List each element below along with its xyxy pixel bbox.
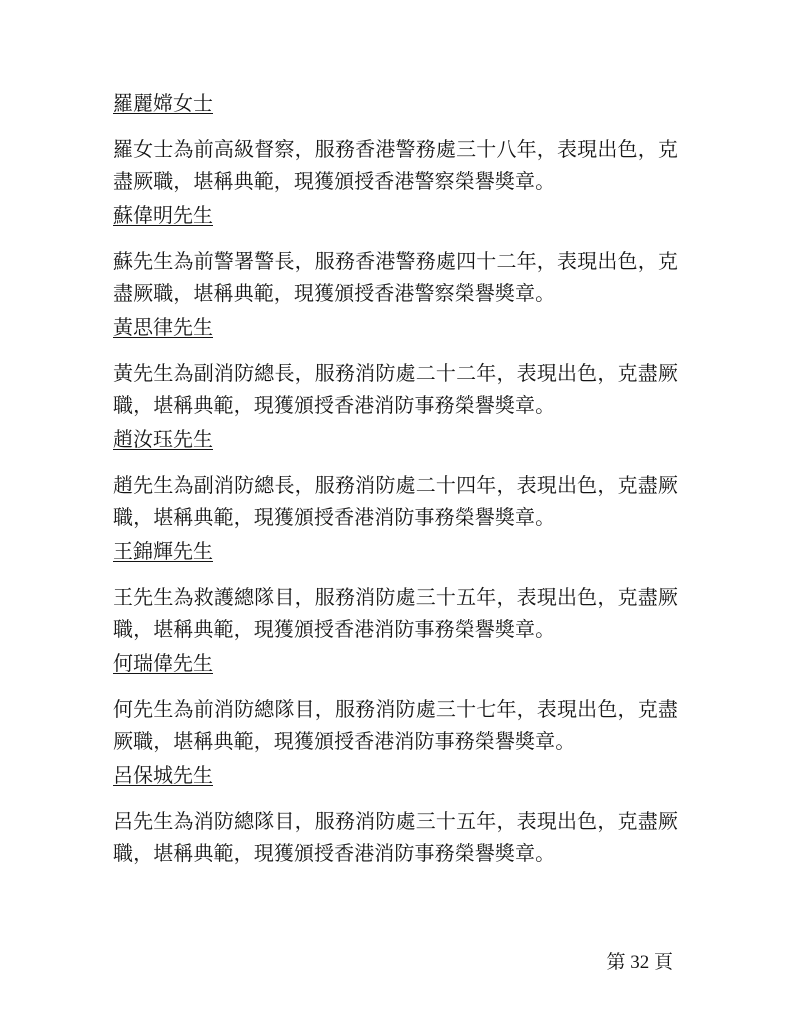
honouree-name: 趙汝珏先生 (113, 429, 213, 451)
honouree-citation: 呂先生為消防總隊目，服務消防處三十五年，表現出色，克盡厥職，堪稱典範，現獲頒授香… (113, 806, 678, 870)
honouree-citation: 蘇先生為前警署警長，服務香港警務處四十二年，表現出色，克盡厥職，堪稱典範，現獲頒… (113, 246, 678, 310)
honouree-citation: 羅女士為前高級督察，服務香港警務處三十八年，表現出色，克盡厥職，堪稱典範，現獲頒… (113, 134, 678, 198)
honouree-entry: 呂保城先生 呂先生為消防總隊目，服務消防處三十五年，表現出色，克盡厥職，堪稱典範… (113, 763, 678, 870)
honouree-entry: 羅麗嫦女士 羅女士為前高級督察，服務香港警務處三十八年，表現出色，克盡厥職，堪稱… (113, 91, 678, 198)
honouree-entry: 蘇偉明先生 蘇先生為前警署警長，服務香港警務處四十二年，表現出色，克盡厥職，堪稱… (113, 203, 678, 310)
honouree-name: 黃思律先生 (113, 317, 213, 339)
honouree-name: 王錦輝先生 (113, 541, 213, 563)
honouree-name-heading: 何瑞偉先生 (113, 651, 678, 678)
honouree-name-heading: 黃思律先生 (113, 315, 678, 342)
honouree-name: 羅麗嫦女士 (113, 93, 213, 115)
honouree-citation: 黃先生為副消防總長，服務消防處二十二年，表現出色，克盡厥職，堪稱典範，現獲頒授香… (113, 358, 678, 422)
honouree-citation: 趙先生為副消防總長，服務消防處二十四年，表現出色，克盡厥職，堪稱典範，現獲頒授香… (113, 470, 678, 534)
document-body: 羅麗嫦女士 羅女士為前高級督察，服務香港警務處三十八年，表現出色，克盡厥職，堪稱… (113, 91, 678, 875)
honouree-name-heading: 呂保城先生 (113, 763, 678, 790)
honouree-entry: 黃思律先生 黃先生為副消防總長，服務消防處二十二年，表現出色，克盡厥職，堪稱典範… (113, 315, 678, 422)
honouree-name-heading: 羅麗嫦女士 (113, 91, 678, 118)
honouree-entry: 何瑞偉先生 何先生為前消防總隊目，服務消防處三十七年，表現出色，克盡厥職，堪稱典… (113, 651, 678, 758)
honouree-name: 呂保城先生 (113, 765, 213, 787)
honouree-citation: 何先生為前消防總隊目，服務消防處三十七年，表現出色，克盡厥職，堪稱典範，現獲頒授… (113, 694, 678, 758)
honouree-entry: 趙汝珏先生 趙先生為副消防總長，服務消防處二十四年，表現出色，克盡厥職，堪稱典範… (113, 427, 678, 534)
document-page: 羅麗嫦女士 羅女士為前高級督察，服務香港警務處三十八年，表現出色，克盡厥職，堪稱… (0, 0, 791, 1024)
honouree-citation: 王先生為救護總隊目，服務消防處三十五年，表現出色，克盡厥職，堪稱典範，現獲頒授香… (113, 582, 678, 646)
honouree-name: 蘇偉明先生 (113, 205, 213, 227)
page-number: 第 32 頁 (606, 950, 673, 976)
honouree-name-heading: 蘇偉明先生 (113, 203, 678, 230)
honouree-name: 何瑞偉先生 (113, 653, 213, 675)
honouree-entry: 王錦輝先生 王先生為救護總隊目，服務消防處三十五年，表現出色，克盡厥職，堪稱典範… (113, 539, 678, 646)
honouree-name-heading: 趙汝珏先生 (113, 427, 678, 454)
honouree-name-heading: 王錦輝先生 (113, 539, 678, 566)
